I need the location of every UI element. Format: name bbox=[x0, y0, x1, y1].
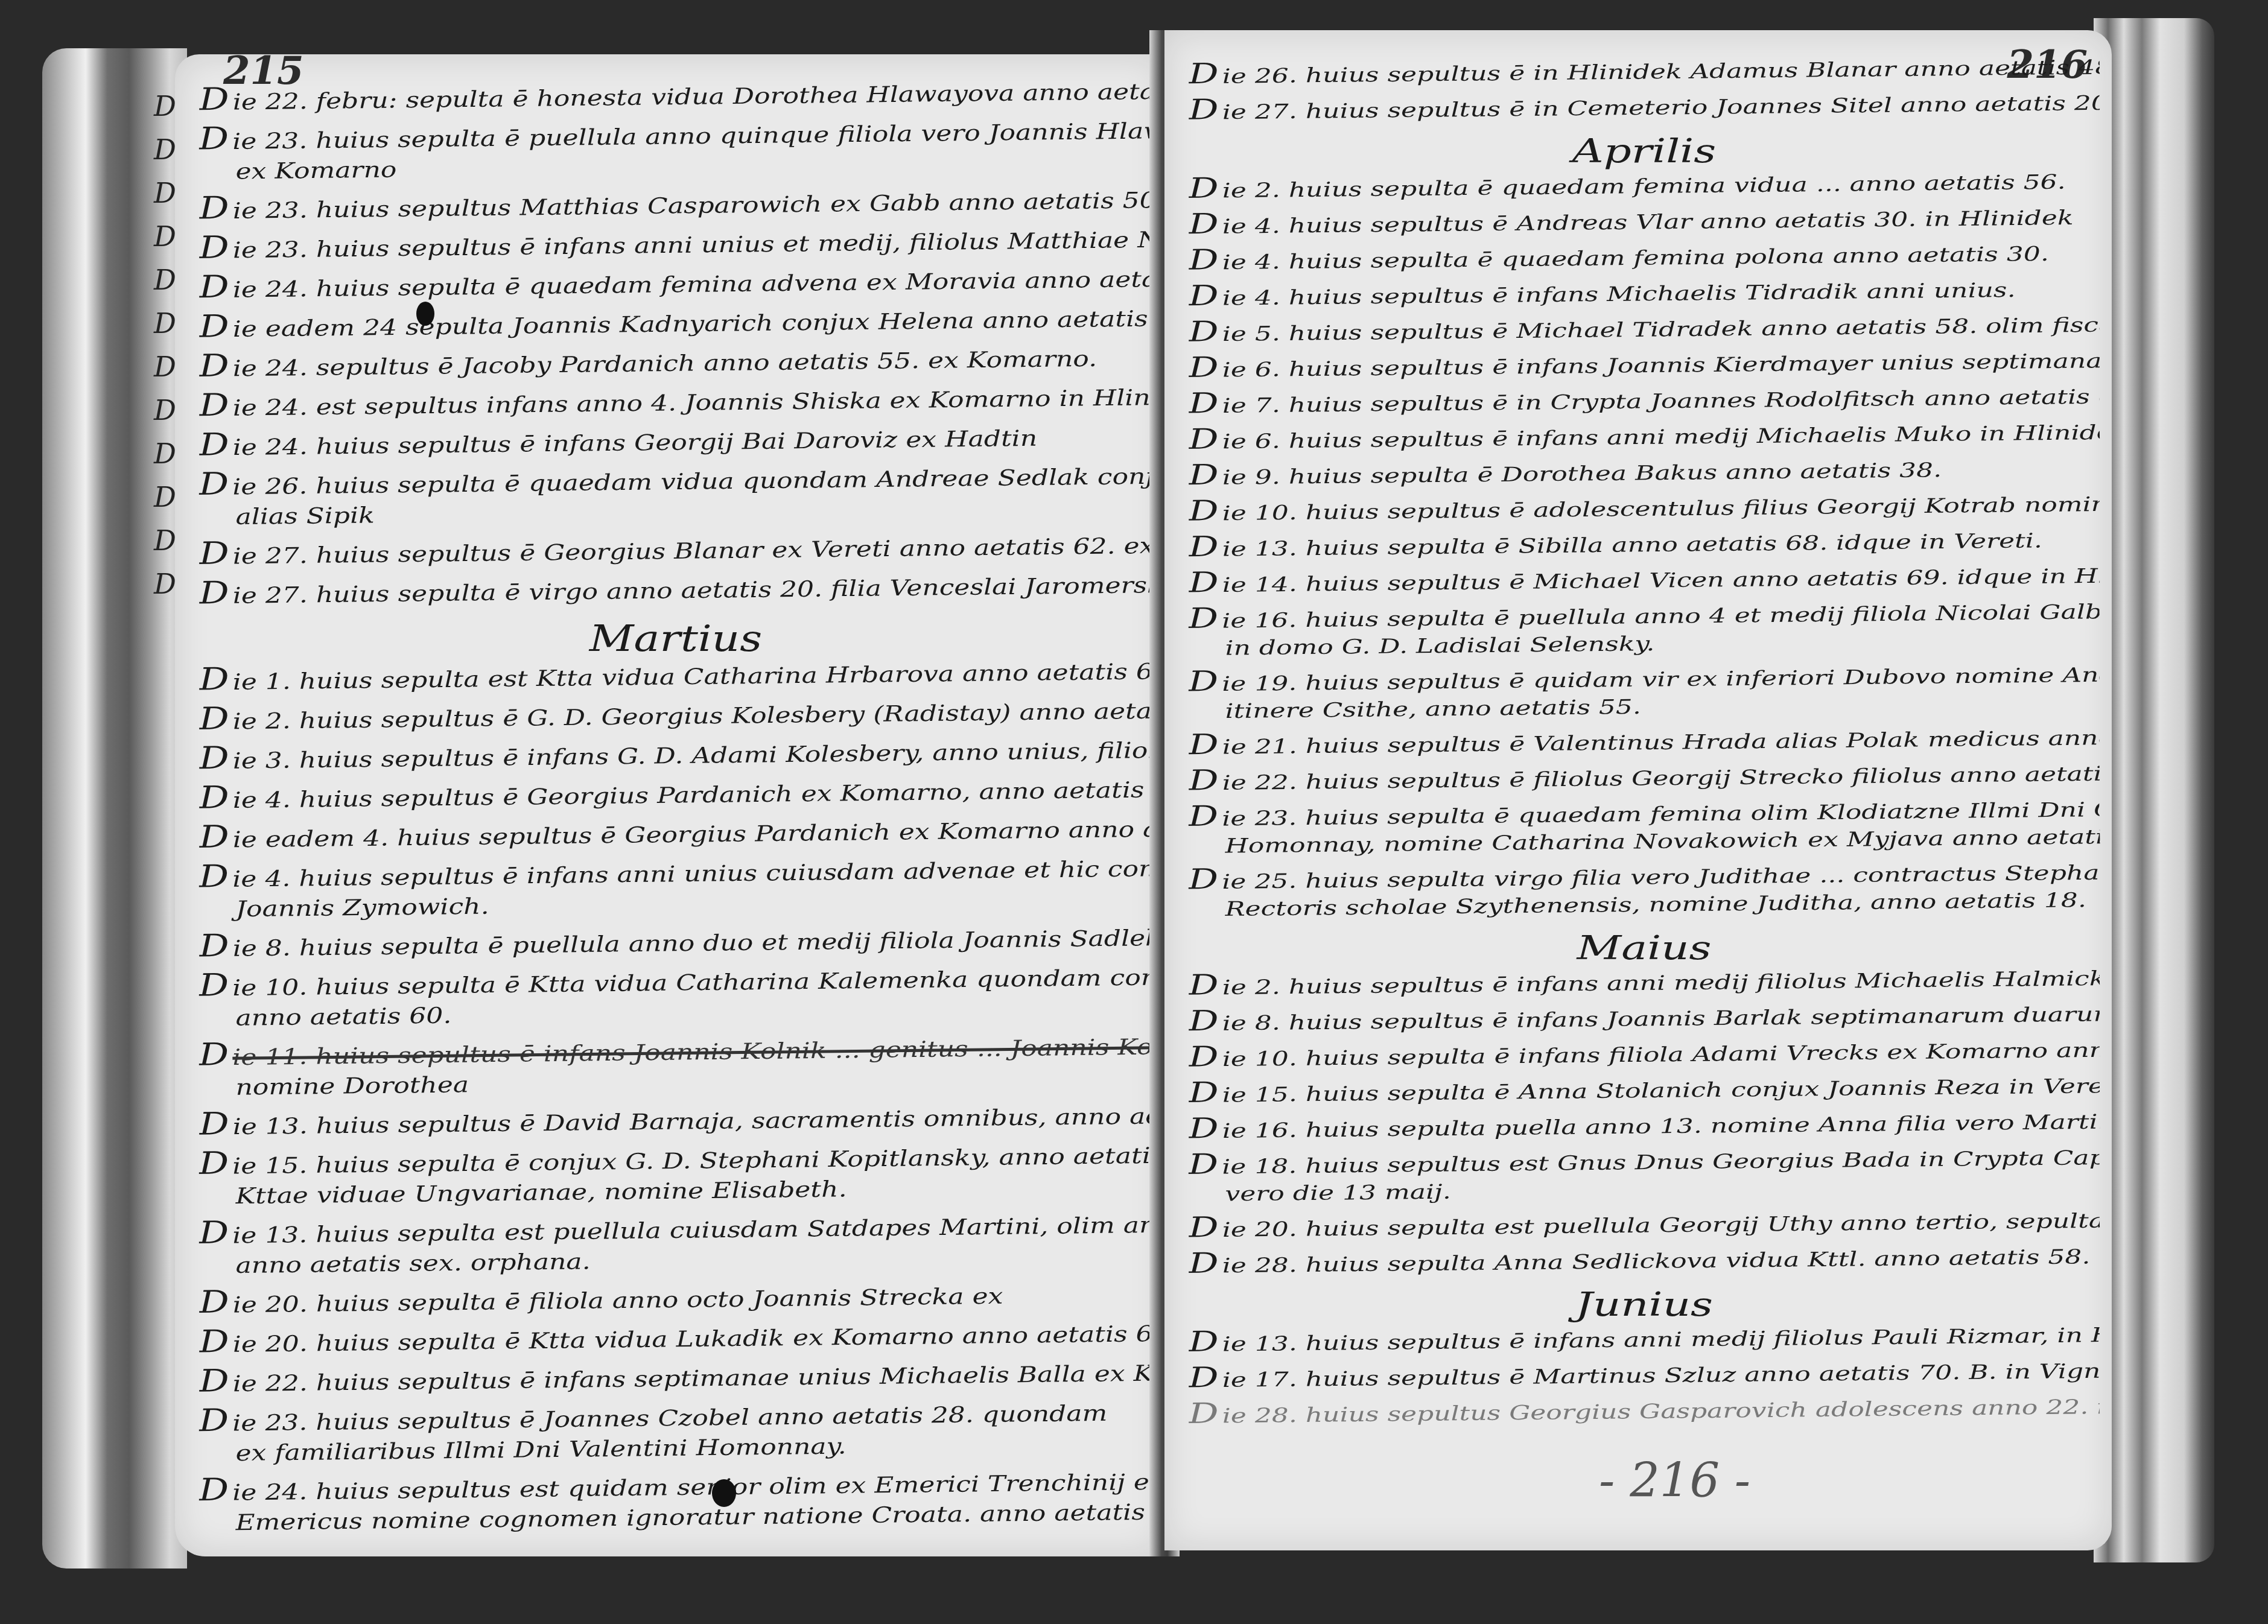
initial-d: D bbox=[199, 1362, 230, 1399]
margin-mark: D bbox=[154, 562, 178, 606]
register-entry: Die 9. huius sepulta ē Dorothea Bakus an… bbox=[1189, 452, 2100, 492]
register-entry: Die 4. huius sepultus ē infans anni uniu… bbox=[199, 851, 1153, 925]
register-entry: Die 22. huius sepultus ē filiolus Georgi… bbox=[1189, 757, 2100, 797]
entry-text: ie 13. huius sepulta ē Sibilla anno aeta… bbox=[1222, 529, 2042, 561]
register-entry: Die eadem 24 sepulta Joannis Kadnyarich … bbox=[199, 300, 1153, 345]
register-entry: Die 15. huius sepulta ē Anna Stolanich c… bbox=[1189, 1070, 2100, 1109]
register-entry: Die 4. huius sepultus ē Andreas Vlar ann… bbox=[1189, 201, 2100, 241]
entry-text: ie 22. huius sepultus ē filiolus Georgij… bbox=[1222, 761, 2100, 795]
margin-mark: D bbox=[154, 345, 178, 389]
initial-d: D bbox=[199, 308, 230, 344]
ink-blot bbox=[416, 302, 434, 326]
initial-d: D bbox=[199, 858, 229, 895]
entry-text: ie eadem 4. huius sepultus ē Georgius Pa… bbox=[232, 815, 1152, 852]
entry-text: ie 1. huius sepulta est Ktta vidua Catha… bbox=[232, 659, 1152, 695]
book-edge-right bbox=[2094, 18, 2214, 1562]
initial-d: D bbox=[1189, 1246, 1219, 1280]
margin-mark: D bbox=[154, 389, 178, 432]
entry-text: ie 23. huius sepultus ē infans anni uniu… bbox=[232, 226, 1152, 263]
initial-d: D bbox=[199, 927, 230, 964]
register-entry: Die 2. huius sepultus ē infans anni medi… bbox=[1189, 962, 2100, 1002]
initial-d: D bbox=[199, 966, 229, 1003]
register-entry: Die 2. huius sepulta ē quaedam femina vi… bbox=[1189, 165, 2100, 205]
entry-text: ie 22. huius sepultus ē infans septimana… bbox=[232, 1359, 1152, 1397]
initial-d: D bbox=[199, 779, 230, 816]
entry-text: ie 20. huius sepulta ē Ktta vidua Lukadi… bbox=[232, 1321, 1152, 1357]
initial-d: D bbox=[199, 1402, 229, 1439]
initial-d: D bbox=[199, 426, 230, 463]
margin-mark: D bbox=[154, 302, 178, 345]
register-entry: Die 19. huius sepultus ē quidam vir ex i… bbox=[1188, 658, 2100, 725]
entry-text: ie 13. huius sepultus ē infans anni medi… bbox=[1222, 1322, 2100, 1356]
initial-d: D bbox=[1189, 1325, 1219, 1358]
initial-d: D bbox=[199, 661, 230, 697]
margin-mark: D bbox=[154, 432, 178, 475]
page-footer-number: - 216 - bbox=[1599, 1454, 1750, 1508]
initial-d: D bbox=[199, 466, 229, 503]
initial-d: D bbox=[1189, 968, 1219, 1001]
right-page: 216 Die 26. huius sepultus ē in Hlinidek… bbox=[1164, 30, 2112, 1550]
initial-d: D bbox=[1189, 350, 1219, 384]
initial-d: D bbox=[1189, 494, 1219, 527]
register-entry: Die 18. huius sepultus est Gnus Dnus Geo… bbox=[1188, 1141, 2100, 1208]
register-entry: Die 8. huius sepultus ē infans Joannis B… bbox=[1189, 998, 2100, 1038]
initial-d: D bbox=[199, 535, 230, 572]
register-entry: Die 24. huius sepultus est quidam senior… bbox=[199, 1464, 1153, 1538]
register-entry: Die 5. huius sepultus ē Michael Tidradek… bbox=[1189, 308, 2100, 348]
initial-d: D bbox=[199, 1036, 229, 1073]
entry-text: ie 6. huius sepultus ē infans Joannis Ki… bbox=[1222, 349, 2100, 382]
register-entry: Die 25. huius sepulta virgo filia vero J… bbox=[1188, 856, 2100, 923]
initial-d: D bbox=[1189, 1076, 1219, 1109]
register-entry: Die 2. huius sepultus ē G. D. Georgius K… bbox=[199, 693, 1153, 737]
initial-d: D bbox=[1189, 243, 1219, 276]
entry-text: ie 4. huius sepultus ē Andreas Vlar anno… bbox=[1222, 206, 2073, 238]
register-entry: Die 27. huius sepultus ē in Cemeterio Jo… bbox=[1189, 87, 2100, 127]
entry-text: ie 16. huius sepulta puella anno 13. nom… bbox=[1222, 1108, 2100, 1143]
initial-d: D bbox=[1188, 799, 1219, 833]
entry-text: ie 24. huius sepulta ē quaedam femina ad… bbox=[232, 264, 1152, 302]
initial-d: D bbox=[199, 1471, 229, 1508]
initial-d: D bbox=[199, 189, 230, 226]
register-entry: Die 6. huius sepultus ē infans Joannis K… bbox=[1189, 344, 2100, 384]
register-entry: Die 13. huius sepulta est puellula cuius… bbox=[199, 1207, 1153, 1281]
register-entry: Die eadem 4. huius sepultus ē Georgius P… bbox=[199, 811, 1153, 856]
entry-text: ie 4. huius sepultus ē infans Michaelis … bbox=[1222, 279, 2015, 310]
entry-text: ie 8. huius sepulta ē puellula anno duo … bbox=[232, 925, 1152, 962]
initial-d: D bbox=[199, 818, 230, 855]
left-page: 215 Die 22. febru: sepulta ē honesta vid… bbox=[175, 54, 1164, 1556]
register-entry: Die 24. huius sepultus ē infans Georgij … bbox=[199, 419, 1153, 463]
register-entry: Die 24. est sepultus infans anno 4. Joan… bbox=[199, 379, 1153, 424]
register-entry: Die 23. huius sepulta ē puellula anno qu… bbox=[199, 113, 1153, 187]
initial-d: D bbox=[199, 574, 230, 611]
entry-text: ie 23. huius sepultus Matthias Casparowi… bbox=[232, 186, 1152, 224]
initial-d: D bbox=[199, 229, 230, 265]
initial-d: D bbox=[199, 1284, 230, 1321]
margin-marks: DDDDDDDDDDDD bbox=[154, 84, 178, 606]
initial-d: D bbox=[1189, 314, 1219, 347]
register-entry: Die 6. huius sepultus ē infans anni medi… bbox=[1189, 416, 2100, 456]
register-entry: Die 28. huius sepulta Anna Sedlickova vi… bbox=[1189, 1240, 2100, 1280]
entry-text: ie 5. huius sepultus ē Michael Tidradek … bbox=[1222, 312, 2100, 346]
entry-text: ie 7. huius sepultus ē in Crypta Joannes… bbox=[1222, 385, 2100, 417]
margin-mark: D bbox=[154, 258, 178, 302]
register-entry: Die 23. huius sepultus ē Joannes Czobel … bbox=[199, 1395, 1153, 1469]
register-entry: Die 7. huius sepultus ē in Crypta Joanne… bbox=[1189, 380, 2100, 420]
initial-d: D bbox=[1188, 1147, 1219, 1181]
register-entry: Die 24. huius sepulta ē quaedam femina a… bbox=[199, 261, 1153, 306]
register-entry: Die 13. huius sepultus ē David Barnaja, … bbox=[199, 1098, 1153, 1143]
initial-d: D bbox=[1188, 862, 1219, 895]
register-entry: Die 27. huius sepulta ē virgo anno aetat… bbox=[199, 567, 1153, 612]
initial-d: D bbox=[1189, 1360, 1219, 1394]
initial-d: D bbox=[1188, 601, 1219, 635]
register-entry: Die 10. huius sepultus ē adolescentulus … bbox=[1189, 488, 2100, 528]
entry-text: ie eadem 24 sepulta Joannis Kadnyarich c… bbox=[232, 305, 1152, 342]
initial-d: D bbox=[1189, 57, 1219, 90]
initial-d: D bbox=[1189, 1397, 1219, 1430]
entry-text: ie 2. huius sepultus ē infans anni medij… bbox=[1222, 963, 2100, 1000]
register-entry: Die 15. huius sepulta ē conjux G. D. Ste… bbox=[199, 1138, 1153, 1212]
entry-text: ie 15. huius sepulta ē Anna Stolanich co… bbox=[1222, 1072, 2100, 1107]
register-entry: Die 27. huius sepultus ē Georgius Blanar… bbox=[199, 528, 1153, 573]
initial-d: D bbox=[1188, 664, 1219, 697]
entry-text: ie 20. huius sepulta est puellula Georgi… bbox=[1222, 1207, 2100, 1242]
register-entry: Die 22. febru: sepulta ē honesta vidua D… bbox=[199, 74, 1153, 118]
register-entry: Die 10. huius sepulta ē infans filiola A… bbox=[1189, 1033, 2100, 1073]
register-entry: Die 4. huius sepultus ē infans Michaelis… bbox=[1189, 273, 2100, 312]
register-entry: Die 4. huius sepultus ē Georgius Pardani… bbox=[199, 772, 1153, 816]
entry-text: ie 14. huius sepultus ē Michael Vicen an… bbox=[1222, 563, 2100, 597]
entry-text: ie 10. huius sepulta ē infans filiola Ad… bbox=[1222, 1038, 2100, 1071]
entry-text: ie 21. huius sepultus ē Valentinus Hrada… bbox=[1222, 725, 2100, 758]
initial-d: D bbox=[1189, 1040, 1219, 1073]
register-entry: Die 20. huius sepulta est puellula Georg… bbox=[1189, 1204, 2100, 1244]
initial-d: D bbox=[199, 387, 230, 423]
ink-blot bbox=[712, 1479, 736, 1507]
initial-d: D bbox=[199, 268, 230, 305]
register-entry: Die 1. huius sepulta est Ktta vidua Cath… bbox=[199, 653, 1153, 698]
register-entry: Die 14. huius sepultus ē Michael Vicen a… bbox=[1189, 559, 2100, 599]
initial-d: D bbox=[1189, 1210, 1219, 1243]
initial-d: D bbox=[1189, 458, 1219, 491]
initial-d: D bbox=[199, 1214, 229, 1251]
entry-text: ie 27. huius sepulta ē virgo anno aetati… bbox=[232, 571, 1152, 609]
initial-d: D bbox=[1189, 279, 1219, 312]
entry-text: ie 2. huius sepulta ē quaedam femina vid… bbox=[1222, 171, 2065, 203]
register-entry: Die 11. huius sepultus ē infans Joannis … bbox=[199, 1029, 1153, 1103]
entry-text: ie 24. est sepultus infans anno 4. Joann… bbox=[232, 385, 1152, 421]
initial-d: D bbox=[199, 1145, 229, 1182]
entry-text: ie 9. huius sepulta ē Dorothea Bakus ann… bbox=[1222, 458, 1942, 489]
register-entry: Die 23. huius sepulta ē quaedam femina o… bbox=[1188, 793, 2100, 860]
month-heading: Martius bbox=[199, 618, 1152, 659]
initial-d: D bbox=[199, 740, 230, 776]
entry-text: ie 20. huius sepulta ē filiola anno octo… bbox=[232, 1284, 1003, 1318]
left-entries: Die 22. febru: sepulta ē honesta vidua D… bbox=[199, 84, 1152, 1544]
register-entry: Die 20. huius sepulta ē filiola anno oct… bbox=[199, 1277, 1153, 1321]
initial-d: D bbox=[1189, 171, 1219, 205]
month-heading: Maius bbox=[1189, 929, 2100, 967]
initial-d: D bbox=[199, 1105, 230, 1142]
initial-d: D bbox=[1189, 530, 1219, 563]
initial-d: D bbox=[199, 120, 229, 157]
entry-text: ie 6. huius sepultus ē infans anni medij… bbox=[1222, 420, 2100, 453]
initial-d: D bbox=[1189, 93, 1219, 126]
initial-d: D bbox=[1189, 1004, 1219, 1037]
register-entry: Die 3. huius sepultus ē infans G. D. Ada… bbox=[199, 732, 1153, 777]
register-entry: Die 4. huius sepulta ē quaedam femina po… bbox=[1189, 237, 2100, 277]
entry-text: ie 4. huius sepultus ē Georgius Pardanic… bbox=[232, 777, 1152, 814]
entry-text: ie 28. huius sepulta Anna Sedlickova vid… bbox=[1222, 1245, 2090, 1277]
month-heading: Aprilis bbox=[1189, 132, 2100, 170]
register-entry: Die 23. huius sepultus ē infans anni uni… bbox=[199, 221, 1153, 266]
entry-text: ie 27. huius sepultus ē in Cemeterio Joa… bbox=[1222, 90, 2100, 124]
register-entry: Die 13. huius sepultus ē infans anni med… bbox=[1189, 1319, 2100, 1359]
entry-text: ie 22. febru: sepulta ē honesta vidua Do… bbox=[232, 78, 1152, 115]
margin-mark: D bbox=[154, 519, 178, 562]
entry-text: ie 24. sepultus ē Jacoby Pardanich anno … bbox=[232, 346, 1097, 382]
initial-d: D bbox=[1189, 565, 1219, 598]
entry-text: ie 13. huius sepultus ē David Barnaja, s… bbox=[232, 1103, 1152, 1140]
register-entry: Die 16. huius sepulta puella anno 13. no… bbox=[1189, 1105, 2100, 1145]
entry-text: ie 8. huius sepultus ē infans Joannis Ba… bbox=[1222, 1003, 2100, 1035]
margin-mark: D bbox=[154, 128, 178, 171]
margin-mark: D bbox=[154, 475, 178, 519]
register-entry: Die 8. huius sepulta ē puellula anno duo… bbox=[199, 920, 1153, 965]
register-entry: Die 23. huius sepultus Matthias Casparow… bbox=[199, 182, 1153, 227]
initial-d: D bbox=[1189, 422, 1219, 455]
right-entries: Die 26. huius sepultus ē in Hlinidek Ada… bbox=[1189, 60, 2100, 1436]
month-heading: Junius bbox=[1189, 1286, 2100, 1324]
initial-d: D bbox=[199, 700, 230, 737]
register-entry: Die 17. huius sepultus ē Martinus Szluz … bbox=[1189, 1354, 2100, 1394]
initial-d: D bbox=[199, 347, 230, 384]
margin-mark: D bbox=[154, 171, 178, 215]
initial-d: D bbox=[1189, 763, 1219, 796]
register-entry: Die 26. huius sepultus ē in Hlinidek Ada… bbox=[1189, 51, 2100, 90]
entry-text: ie 4. huius sepulta ē quaedam femina pol… bbox=[1222, 243, 2049, 274]
entry-text: ie 2. huius sepultus ē G. D. Georgius Ko… bbox=[232, 697, 1152, 734]
entry-text: ie 24. huius sepultus ē infans Georgij B… bbox=[232, 426, 1037, 461]
initial-d: D bbox=[199, 1323, 230, 1360]
register-entry: Die 21. huius sepultus ē Valentinus Hrad… bbox=[1189, 722, 2100, 761]
entry-text: ie 28. huius sepultus Georgius Gasparovi… bbox=[1222, 1394, 2100, 1427]
initial-d: D bbox=[1189, 1111, 1219, 1144]
initial-d: D bbox=[199, 81, 230, 118]
register-entry: Die 24. sepultus ē Jacoby Pardanich anno… bbox=[199, 340, 1153, 385]
initial-d: D bbox=[1189, 207, 1219, 240]
entry-text: ie 26. huius sepultus ē in Hlinidek Adam… bbox=[1222, 56, 2100, 88]
entry-text: ie 17. huius sepultus ē Martinus Szluz a… bbox=[1222, 1357, 2100, 1392]
register-entry: Die 13. huius sepulta ē Sibilla anno aet… bbox=[1189, 524, 2100, 563]
initial-d: D bbox=[1189, 386, 1219, 419]
initial-d: D bbox=[1189, 728, 1219, 761]
register-entry: Die 10. huius sepulta ē Ktta vidua Catha… bbox=[199, 959, 1153, 1033]
margin-mark: D bbox=[154, 84, 178, 128]
entry-text: ie 3. huius sepultus ē infans G. D. Adam… bbox=[232, 738, 1152, 774]
register-entry: Die 26. huius sepulta ē quaedam vidua qu… bbox=[199, 458, 1153, 533]
register-entry: Die 22. huius sepultus ē infans septiman… bbox=[199, 1355, 1153, 1400]
register-entry: Die 28. huius sepultus Georgius Gasparov… bbox=[1189, 1391, 2100, 1430]
register-entry: Die 16. huius sepulta ē puellula anno 4 … bbox=[1188, 595, 2100, 662]
margin-mark: D bbox=[154, 215, 178, 258]
entry-text: ie 10. huius sepultus ē adolescentulus f… bbox=[1222, 489, 2100, 525]
entry-text: ie 27. huius sepultus ē Georgius Blanar … bbox=[232, 531, 1152, 569]
register-entry: Die 20. huius sepulta ē Ktta vidua Lukad… bbox=[199, 1316, 1153, 1360]
